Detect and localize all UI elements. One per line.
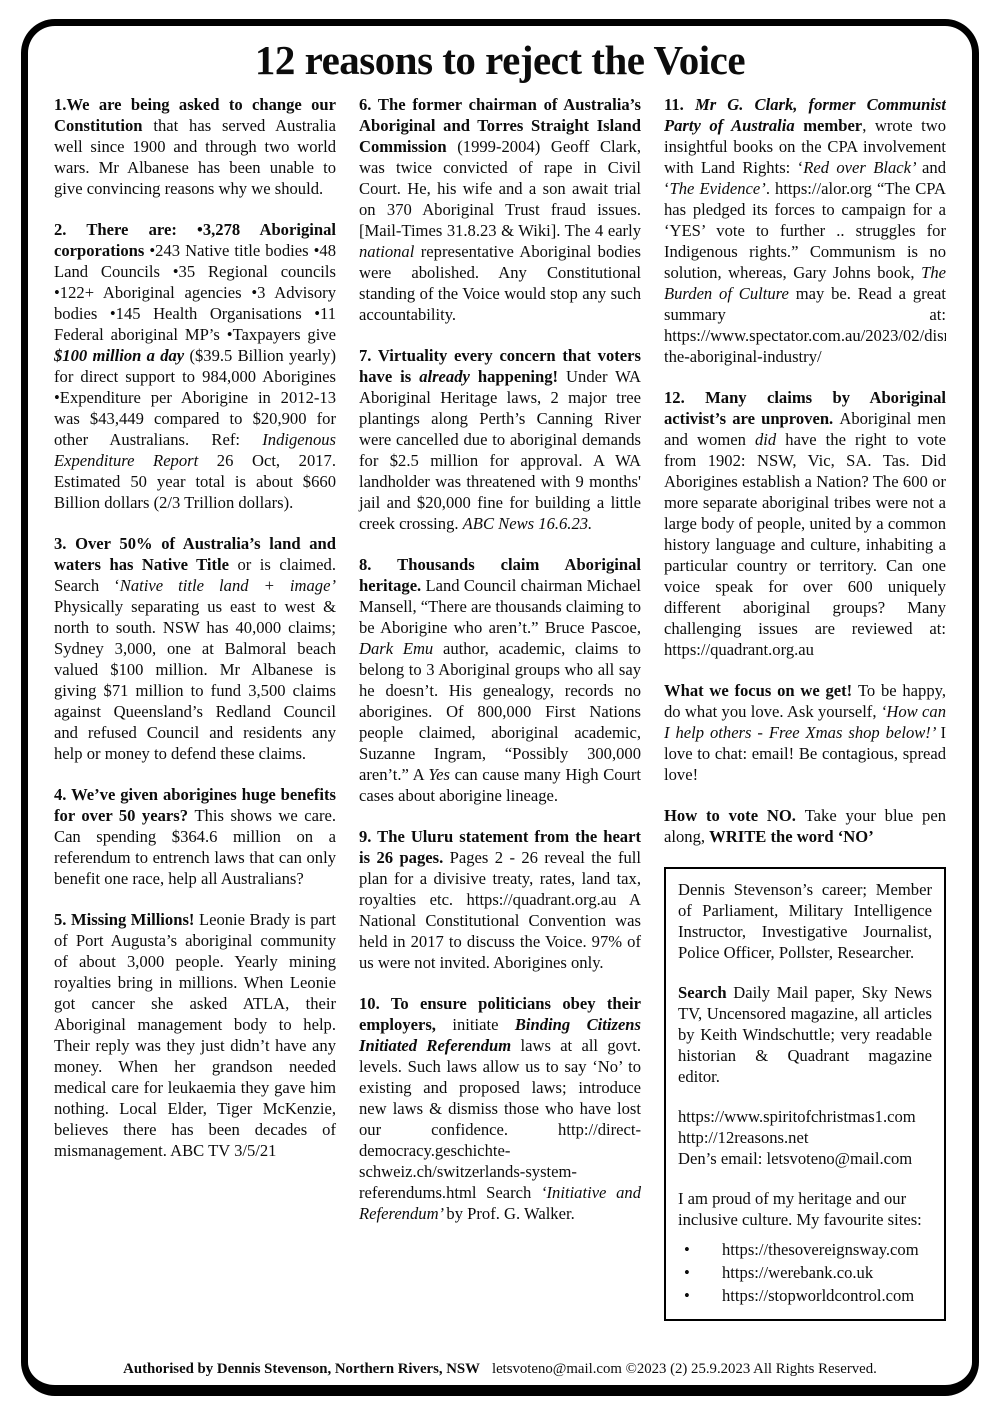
point-3: 3. Over 50% of Australia’s land and wate… xyxy=(54,533,336,764)
footer: Authorised by Dennis Stevenson, Northern… xyxy=(54,1359,946,1381)
how-to-vote-no: How to vote NO. Take your blue pen along… xyxy=(664,805,946,847)
footer-contact-text: letsvoteno@mail.com ©2023 (2) 25.9.2023 … xyxy=(492,1361,877,1377)
favourite-sites-list: https://thesovereignsway.comhttps://were… xyxy=(678,1238,932,1307)
column-3: 11. Mr G. Clark, former Communist Party … xyxy=(664,94,946,1359)
career-info-box: Dennis Stevenson’s career; Member of Par… xyxy=(664,867,946,1321)
point-9: 9. The Uluru statement from the heart is… xyxy=(359,826,641,973)
list-item: https://werebank.co.uk xyxy=(678,1261,932,1284)
column-2: 6. The former chairman of Australia’s Ab… xyxy=(359,94,641,1359)
point-11: 11. Mr G. Clark, former Communist Party … xyxy=(664,94,946,367)
career-paragraph: Dennis Stevenson’s career; Member of Par… xyxy=(678,879,932,963)
footer-authorised-text: Authorised by Dennis Stevenson, Northern… xyxy=(123,1361,480,1377)
point-5: 5. Missing Millions! Leonie Brady is par… xyxy=(54,909,336,1161)
point-4: 4. We’ve given aborigines huge benefits … xyxy=(54,784,336,889)
page-title: 12 reasons to reject the Voice xyxy=(54,36,946,84)
leaflet-border: 12 reasons to reject the Voice 1.We are … xyxy=(21,19,979,1396)
search-paragraph: Search Daily Mail paper, Sky News TV, Un… xyxy=(678,982,932,1087)
point-7: 7. Virtuality every concern that voters … xyxy=(359,345,641,534)
point-1: 1.We are being asked to change our Const… xyxy=(54,94,336,199)
what-we-focus: What we focus on we get! To be happy, do… xyxy=(664,680,946,785)
links-lines: https://www.spiritofchristmas1.comhttp:/… xyxy=(678,1106,932,1169)
point-8: 8. Thousands claim Aboriginal heritage. … xyxy=(359,554,641,806)
content-columns: 1.We are being asked to change our Const… xyxy=(54,94,946,1359)
proud-paragraph: I am proud of my heritage and our inclus… xyxy=(678,1188,932,1230)
point-12: 12. Many claims by Aboriginal activist’s… xyxy=(664,387,946,660)
list-item: https://thesovereignsway.com xyxy=(678,1238,932,1261)
point-2: 2. There are: •3,278 Aboriginal corporat… xyxy=(54,219,336,513)
column-1: 1.We are being asked to change our Const… xyxy=(54,94,336,1359)
point-10: 10. To ensure politicians obey their emp… xyxy=(359,993,641,1224)
list-item: https://stopworldcontrol.com xyxy=(678,1284,932,1307)
point-6: 6. The former chairman of Australia’s Ab… xyxy=(359,94,641,325)
